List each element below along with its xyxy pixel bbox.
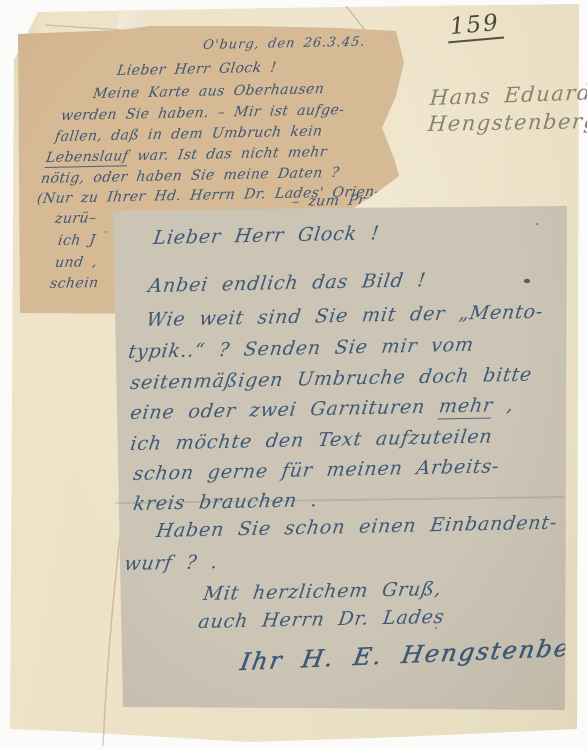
annotation-name-line2: Hengstenberg bbox=[427, 109, 587, 136]
scanned-album-page: O'burg, den 26.3.45. Lieber Herr Glock !… bbox=[0, 0, 587, 750]
folio-number: 159 bbox=[446, 10, 504, 44]
